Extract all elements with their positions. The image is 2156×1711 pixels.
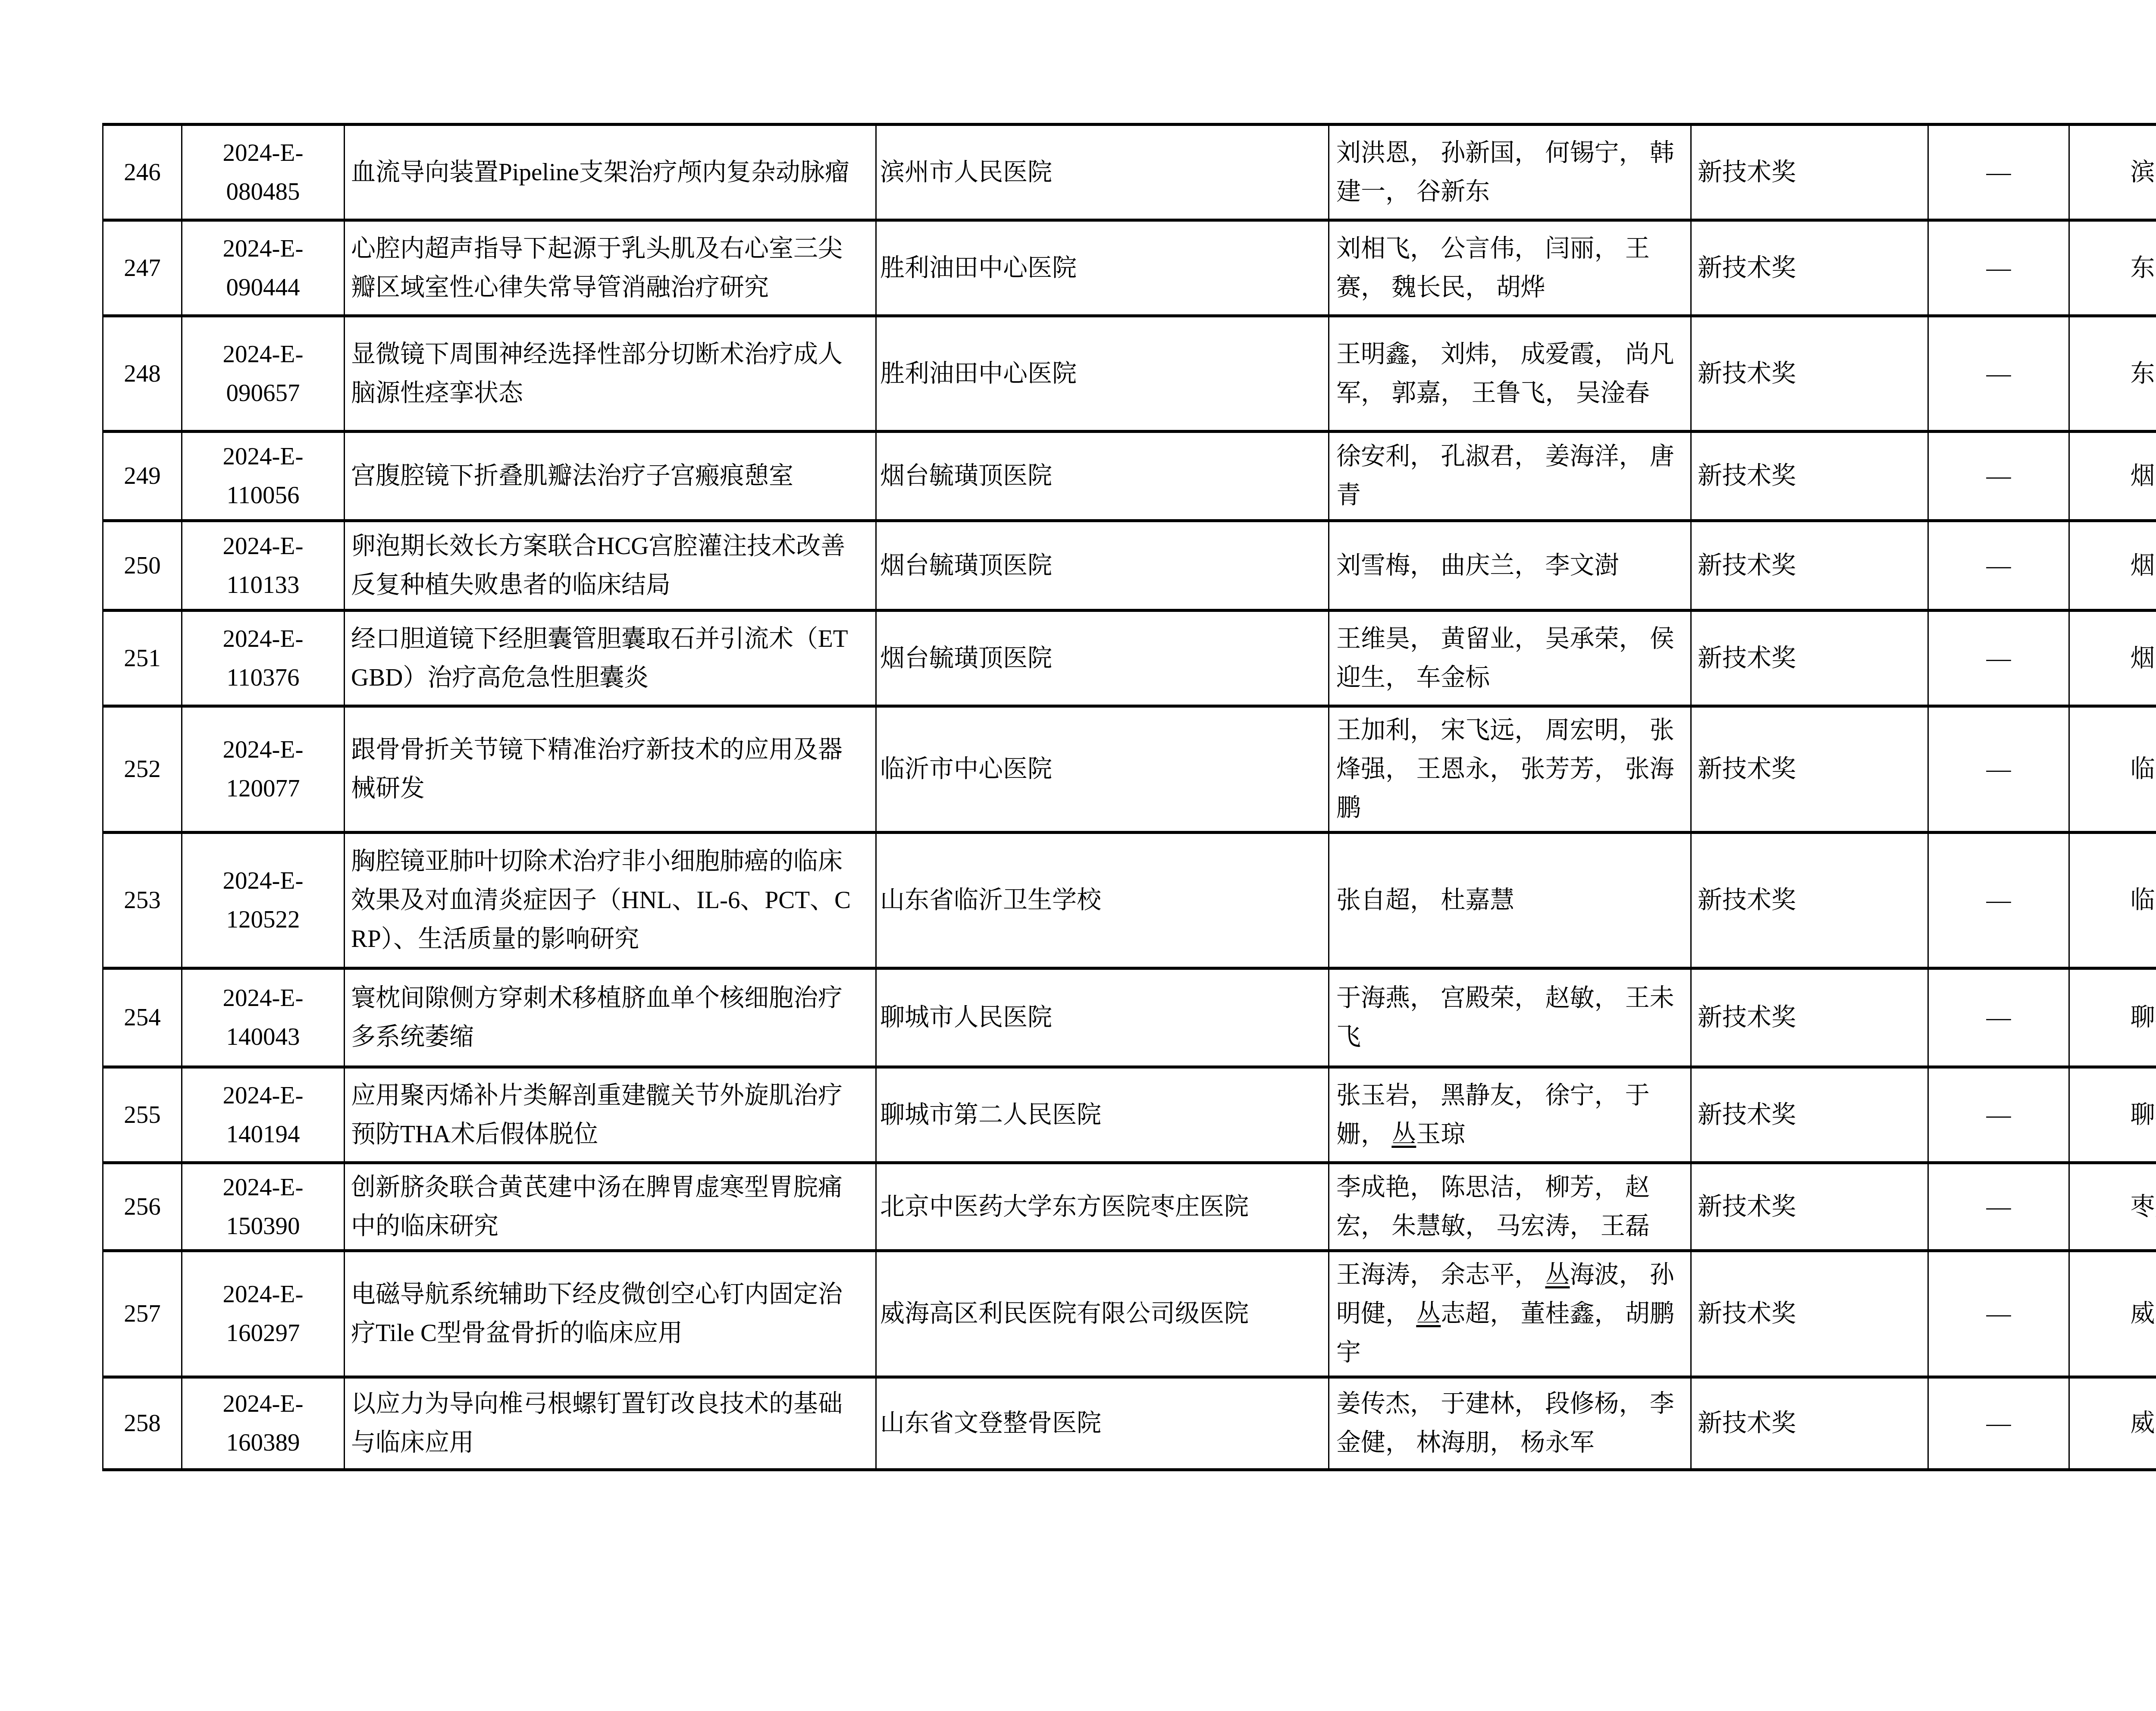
team-members-cell: 刘洪恩， 孙新国， 何锡宁， 韩建一， 谷新东	[1329, 125, 1691, 220]
row-number-cell: 256	[103, 1163, 182, 1251]
entry-code-cell: 2024-E-120077	[182, 706, 345, 833]
entry-code-cell: 2024-E-120522	[182, 833, 345, 968]
dash-cell: —	[1928, 521, 2069, 611]
award-type-cell: 新技术奖	[1691, 968, 1928, 1067]
table-row: 250 2024-E-110133 卵泡期长效长方案联合HCG宫腔灌注技术改善反…	[103, 521, 2156, 611]
team-members-cell: 李成艳， 陈思洁， 柳芳， 赵宏， 朱慧敏， 马宏涛， 王磊	[1329, 1163, 1691, 1251]
dash-cell: —	[1928, 432, 2069, 521]
team-members-cell: 刘雪梅， 曲庆兰， 李文澍	[1329, 521, 1691, 611]
entry-code-cell: 2024-E-160297	[182, 1251, 345, 1377]
table-row: 251 2024-E-110376 经口胆道镜下经胆囊管胆囊取石并引流术（ETG…	[103, 611, 2156, 706]
entry-code-number: 160297	[183, 1314, 343, 1353]
award-type-cell: 新技术奖	[1691, 220, 1928, 316]
project-title-cell: 应用聚丙烯补片类解剖重建髋关节外旋肌治疗预防THA术后假体脱位	[345, 1067, 876, 1163]
row-number-cell: 248	[103, 316, 182, 432]
award-type-cell: 新技术奖	[1691, 1251, 1928, 1377]
institution-cell: 山东省临沂卫生学校	[876, 833, 1329, 968]
row-number-cell: 247	[103, 220, 182, 316]
association-cell: 东营市医学会	[2069, 220, 2156, 316]
team-members-cell: 王海涛， 余志平， 丛海波， 孙明健， 丛志超， 董桂鑫， 胡鹏宇	[1329, 1251, 1691, 1377]
institution-cell: 威海高区利民医院有限公司级医院	[876, 1251, 1329, 1377]
entry-code-cell: 2024-E-080485	[182, 125, 345, 220]
team-members-cell: 张玉岩， 黑静友， 徐宁， 于姗， 丛玉琼	[1329, 1067, 1691, 1163]
award-type-cell: 新技术奖	[1691, 1067, 1928, 1163]
team-members-cell: 王维昊， 黄留业， 吴承荣， 侯迎生， 车金标	[1329, 611, 1691, 706]
entry-code-prefix: 2024-E-	[183, 1275, 343, 1314]
institution-cell: 烟台毓璜顶医院	[876, 432, 1329, 521]
award-type-cell: 新技术奖	[1691, 521, 1928, 611]
institution-cell: 聊城市第二人民医院	[876, 1067, 1329, 1163]
entry-code-cell: 2024-E-150390	[182, 1163, 345, 1251]
association-cell: 临沂市医学会	[2069, 706, 2156, 833]
row-number-cell: 251	[103, 611, 182, 706]
row-number-cell: 250	[103, 521, 182, 611]
project-title-cell: 显微镜下周围神经选择性部分切断术治疗成人脑源性痉挛状态	[345, 316, 876, 432]
row-number-cell: 246	[103, 125, 182, 220]
dash-cell: —	[1928, 833, 2069, 968]
row-number-cell: 254	[103, 968, 182, 1067]
institution-cell: 临沂市中心医院	[876, 706, 1329, 833]
dash-cell: —	[1928, 316, 2069, 432]
entry-code-prefix: 2024-E-	[183, 134, 343, 172]
award-type-cell: 新技术奖	[1691, 706, 1928, 833]
association-cell: 烟台市医学会	[2069, 521, 2156, 611]
institution-cell: 山东省文登整骨医院	[876, 1377, 1329, 1470]
entry-code-number: 090444	[183, 268, 343, 307]
row-number-cell: 258	[103, 1377, 182, 1470]
entry-code-prefix: 2024-E-	[183, 730, 343, 769]
entry-code-cell: 2024-E-140194	[182, 1067, 345, 1163]
entry-code-number: 150390	[183, 1207, 343, 1246]
team-members-cell: 张自超， 杜嘉慧	[1329, 833, 1691, 968]
entry-code-prefix: 2024-E-	[183, 229, 343, 268]
entry-code-number: 120522	[183, 900, 343, 939]
team-members-cell: 徐安利， 孔淑君， 姜海洋， 唐青	[1329, 432, 1691, 521]
dash-cell: —	[1928, 1163, 2069, 1251]
entry-code-cell: 2024-E-160389	[182, 1377, 345, 1470]
entry-code-cell: 2024-E-090444	[182, 220, 345, 316]
entry-code-prefix: 2024-E-	[183, 1385, 343, 1423]
award-type-cell: 新技术奖	[1691, 125, 1928, 220]
association-cell: 威海市医学会	[2069, 1377, 2156, 1470]
team-members-cell: 姜传杰， 于建林， 段修杨， 李金健， 林海朋， 杨永军	[1329, 1377, 1691, 1470]
association-cell: 临沂市医学会	[2069, 833, 2156, 968]
dash-cell: —	[1928, 1067, 2069, 1163]
table-row: 256 2024-E-150390 创新脐灸联合黄芪建中汤在脾胃虚寒型胃脘痛中的…	[103, 1163, 2156, 1251]
table-row: 255 2024-E-140194 应用聚丙烯补片类解剖重建髋关节外旋肌治疗预防…	[103, 1067, 2156, 1163]
entry-code-number: 140194	[183, 1115, 343, 1154]
award-type-cell: 新技术奖	[1691, 833, 1928, 968]
table-row: 246 2024-E-080485 血流导向装置Pipeline支架治疗颅内复杂…	[103, 125, 2156, 220]
table-row: 248 2024-E-090657 显微镜下周围神经选择性部分切断术治疗成人脑源…	[103, 316, 2156, 432]
association-cell: 烟台市医学会	[2069, 432, 2156, 521]
association-cell: 聊城市医学会	[2069, 968, 2156, 1067]
institution-cell: 胜利油田中心医院	[876, 220, 1329, 316]
project-title-cell: 跟骨骨折关节镜下精准治疗新技术的应用及器械研发	[345, 706, 876, 833]
dash-cell: —	[1928, 220, 2069, 316]
entry-code-number: 090657	[183, 374, 343, 413]
dash-cell: —	[1928, 968, 2069, 1067]
entry-code-number: 110376	[183, 658, 343, 697]
project-title-cell: 血流导向装置Pipeline支架治疗颅内复杂动脉瘤	[345, 125, 876, 220]
dash-cell: —	[1928, 611, 2069, 706]
entry-code-number: 110056	[183, 476, 343, 515]
entry-code-prefix: 2024-E-	[183, 527, 343, 566]
row-number-cell: 252	[103, 706, 182, 833]
entry-code-number: 140043	[183, 1018, 343, 1056]
entry-code-cell: 2024-E-110376	[182, 611, 345, 706]
association-cell: 聊城市医学会	[2069, 1067, 2156, 1163]
entry-code-number: 120077	[183, 769, 343, 808]
team-members-cell: 王加利， 宋飞远， 周宏明， 张烽强， 王恩永， 张芳芳， 张海鹏	[1329, 706, 1691, 833]
table-row: 252 2024-E-120077 跟骨骨折关节镜下精准治疗新技术的应用及器械研…	[103, 706, 2156, 833]
entry-code-prefix: 2024-E-	[183, 1168, 343, 1207]
award-type-cell: 新技术奖	[1691, 611, 1928, 706]
entry-code-number: 160389	[183, 1423, 343, 1462]
award-type-cell: 新技术奖	[1691, 1377, 1928, 1470]
document-page: 246 2024-E-080485 血流导向装置Pipeline支架治疗颅内复杂…	[0, 0, 2156, 1711]
project-title-cell: 以应力为导向椎弓根螺钉置钉改良技术的基础与临床应用	[345, 1377, 876, 1470]
row-number-cell: 255	[103, 1067, 182, 1163]
project-title-cell: 心腔内超声指导下起源于乳头肌及右心室三尖瓣区域室性心律失常导管消融治疗研究	[345, 220, 876, 316]
association-cell: 威海市医学会	[2069, 1251, 2156, 1377]
association-cell: 枣庄市医学会	[2069, 1163, 2156, 1251]
institution-cell: 聊城市人民医院	[876, 968, 1329, 1067]
dash-cell: —	[1928, 706, 2069, 833]
project-title-cell: 寰枕间隙侧方穿刺术移植脐血单个核细胞治疗多系统萎缩	[345, 968, 876, 1067]
team-members-cell: 于海燕， 宫殿荣， 赵敏， 王未飞	[1329, 968, 1691, 1067]
association-cell: 东营市医学会	[2069, 316, 2156, 432]
award-type-cell: 新技术奖	[1691, 316, 1928, 432]
dash-cell: —	[1928, 1251, 2069, 1377]
entry-code-prefix: 2024-E-	[183, 862, 343, 900]
table-row: 249 2024-E-110056 宫腹腔镜下折叠肌瓣法治疗子宫瘢痕憩室 烟台毓…	[103, 432, 2156, 521]
entry-code-number: 080485	[183, 172, 343, 211]
row-number-cell: 249	[103, 432, 182, 521]
project-title-cell: 胸腔镜亚肺叶切除术治疗非小细胞肺癌的临床效果及对血清炎症因子（HNL、IL-6、…	[345, 833, 876, 968]
dash-cell: —	[1928, 125, 2069, 220]
project-title-cell: 经口胆道镜下经胆囊管胆囊取石并引流术（ETGBD）治疗高危急性胆囊炎	[345, 611, 876, 706]
table-row: 253 2024-E-120522 胸腔镜亚肺叶切除术治疗非小细胞肺癌的临床效果…	[103, 833, 2156, 968]
institution-cell: 滨州市人民医院	[876, 125, 1329, 220]
institution-cell: 北京中医药大学东方医院枣庄医院	[876, 1163, 1329, 1251]
institution-cell: 烟台毓璜顶医院	[876, 611, 1329, 706]
dash-cell: —	[1928, 1377, 2069, 1470]
entry-code-prefix: 2024-E-	[183, 979, 343, 1018]
project-title-cell: 电磁导航系统辅助下经皮微创空心钉内固定治疗Tile C型骨盆骨折的临床应用	[345, 1251, 876, 1377]
team-members-cell: 刘相飞， 公言伟， 闫丽， 王赛， 魏长民， 胡烨	[1329, 220, 1691, 316]
row-number-cell: 257	[103, 1251, 182, 1377]
entry-code-prefix: 2024-E-	[183, 1076, 343, 1115]
awards-table: 246 2024-E-080485 血流导向装置Pipeline支架治疗颅内复杂…	[102, 123, 2156, 1471]
table-row: 258 2024-E-160389 以应力为导向椎弓根螺钉置钉改良技术的基础与临…	[103, 1377, 2156, 1470]
project-title-cell: 卵泡期长效长方案联合HCG宫腔灌注技术改善反复种植失败患者的临床结局	[345, 521, 876, 611]
table-row: 247 2024-E-090444 心腔内超声指导下起源于乳头肌及右心室三尖瓣区…	[103, 220, 2156, 316]
entry-code-cell: 2024-E-110056	[182, 432, 345, 521]
entry-code-cell: 2024-E-140043	[182, 968, 345, 1067]
project-title-cell: 宫腹腔镜下折叠肌瓣法治疗子宫瘢痕憩室	[345, 432, 876, 521]
association-cell: 烟台市医学会	[2069, 611, 2156, 706]
award-type-cell: 新技术奖	[1691, 1163, 1928, 1251]
award-type-cell: 新技术奖	[1691, 432, 1928, 521]
project-title-cell: 创新脐灸联合黄芪建中汤在脾胃虚寒型胃脘痛中的临床研究	[345, 1163, 876, 1251]
table-row: 254 2024-E-140043 寰枕间隙侧方穿刺术移植脐血单个核细胞治疗多系…	[103, 968, 2156, 1067]
entry-code-cell: 2024-E-090657	[182, 316, 345, 432]
institution-cell: 烟台毓璜顶医院	[876, 521, 1329, 611]
entry-code-prefix: 2024-E-	[183, 437, 343, 476]
institution-cell: 胜利油田中心医院	[876, 316, 1329, 432]
entry-code-prefix: 2024-E-	[183, 620, 343, 658]
team-members-cell: 王明鑫， 刘炜， 成爱霞， 尚凡军， 郭嘉， 王鲁飞， 吴淦春	[1329, 316, 1691, 432]
entry-code-prefix: 2024-E-	[183, 335, 343, 374]
table-row: 257 2024-E-160297 电磁导航系统辅助下经皮微创空心钉内固定治疗T…	[103, 1251, 2156, 1377]
entry-code-number: 110133	[183, 566, 343, 605]
association-cell: 滨州市医学会	[2069, 125, 2156, 220]
entry-code-cell: 2024-E-110133	[182, 521, 345, 611]
row-number-cell: 253	[103, 833, 182, 968]
